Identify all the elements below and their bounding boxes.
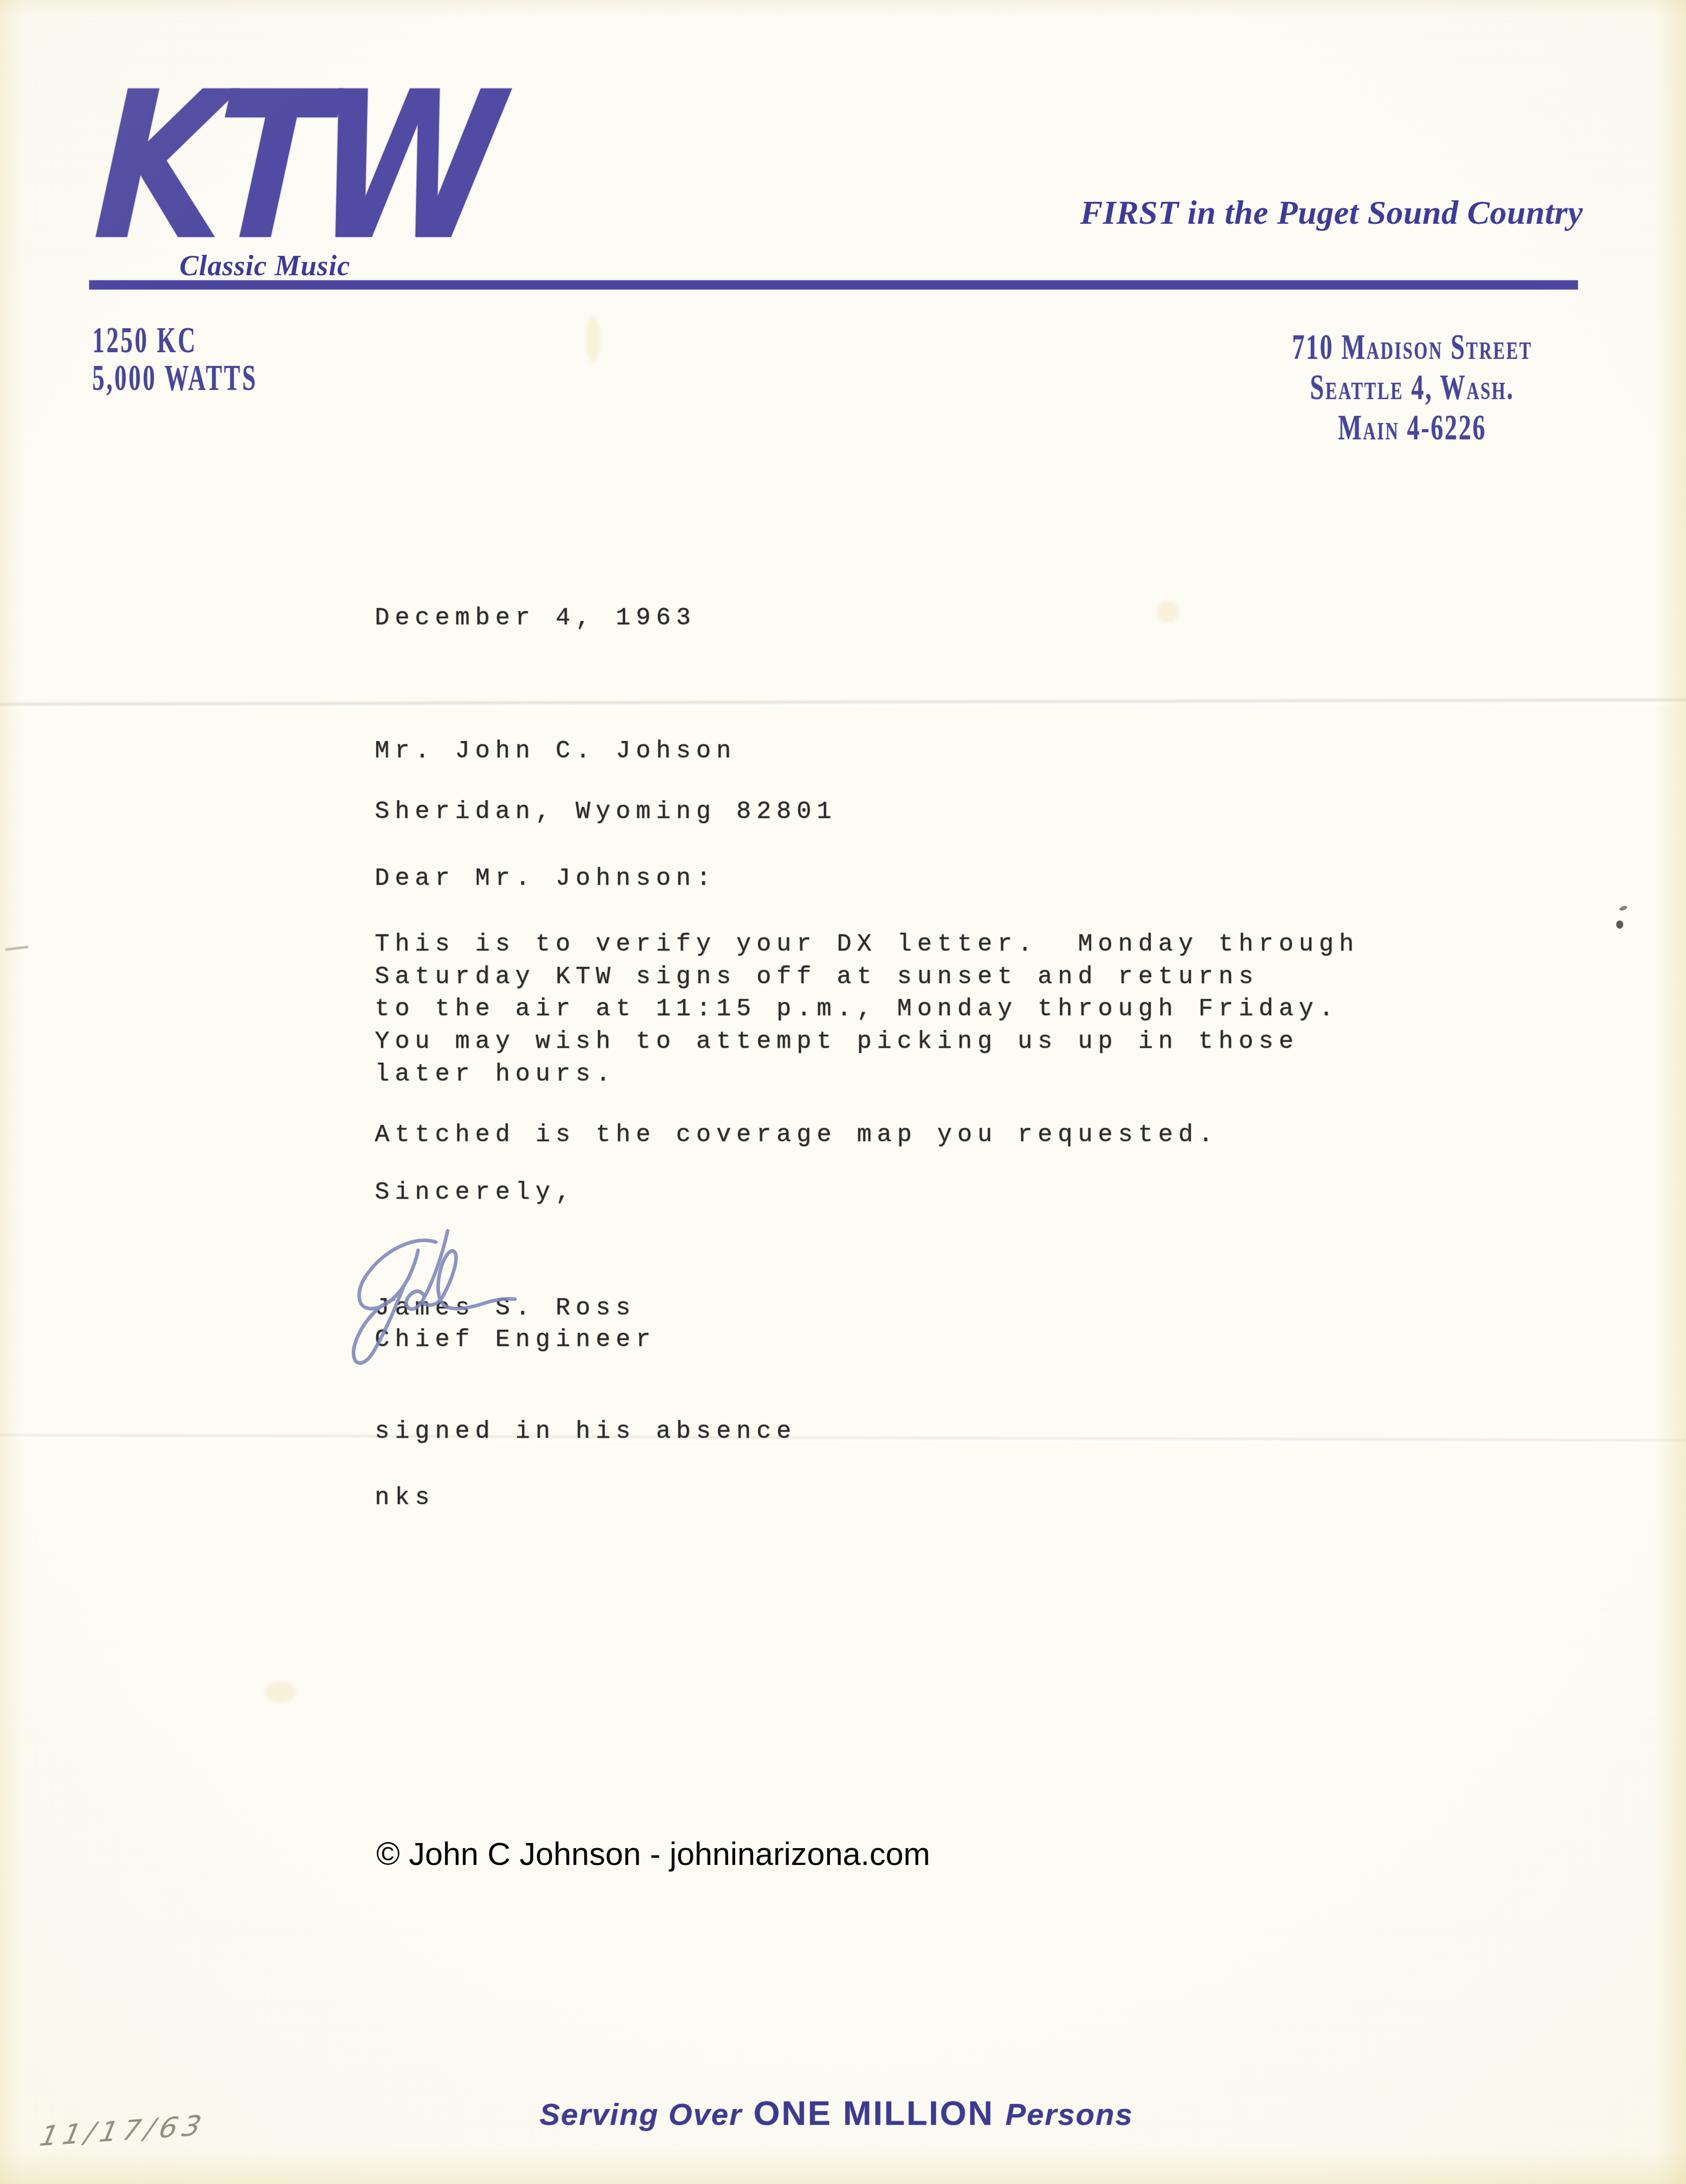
signature-ink <box>336 1221 520 1374</box>
ktw-logo: KTW <box>90 65 495 269</box>
header-rule <box>89 280 1578 290</box>
body-line: Attched is the coverage map you requeste… <box>375 1121 1218 1149</box>
paper-stain <box>265 1682 296 1702</box>
scanned-letter-page: KTW Classic Music FIRST in the Puget Sou… <box>0 0 1686 2184</box>
copyright-watermark: © John C Johnson - johninarizona.com <box>376 1836 930 1873</box>
slogan-text: FIRST in the Puget Sound Country <box>1080 194 1583 232</box>
address-block: 710 Madison Street Seattle 4, Wash. Main… <box>1287 327 1537 448</box>
paper-crease <box>0 697 1686 711</box>
body-line: You may wish to attempt picking us up in… <box>375 1028 1299 1056</box>
date-line: December 4, 1963 <box>375 604 696 632</box>
recipient-name: Mr. John C. Johson <box>375 738 736 765</box>
recipient-city: Sheridan, Wyoming 82801 <box>375 798 837 826</box>
ink-speck <box>1616 920 1623 929</box>
tagline-prefix: Serving Over <box>539 2097 742 2132</box>
frequency-line: 1250 KC <box>92 321 257 359</box>
address-street: 710 Madison Street <box>1287 327 1537 367</box>
body-line: later hours. <box>375 1061 616 1088</box>
address-phone: Main 4-6226 <box>1287 408 1537 448</box>
body-line: to the air at 11:15 p.m., Monday through… <box>375 995 1339 1023</box>
paper-crease <box>0 1433 1686 1446</box>
typist-initials-line: nks <box>375 1484 435 1512</box>
body-line: Saturday KTW signs off at sunset and ret… <box>375 963 1259 991</box>
tagline-suffix: Persons <box>1005 2097 1133 2132</box>
body-line: This is to verify your DX letter. Monday… <box>375 931 1359 958</box>
address-city: Seattle 4, Wash. <box>1287 367 1537 408</box>
ink-speck <box>1619 905 1628 912</box>
paper-stain <box>586 316 600 362</box>
logo-subtitle: Classic Music <box>179 250 350 282</box>
fold-mark <box>5 945 29 951</box>
footer-tagline: Serving Over ONE MILLION Persons <box>0 2094 1679 2133</box>
paper-stain <box>1157 601 1178 622</box>
absence-note-line: signed in his absence <box>375 1418 797 1445</box>
frequency-block: 1250 KC 5,000 WATTS <box>92 321 257 397</box>
tagline-highlight: ONE MILLION <box>754 2094 994 2133</box>
closing-line: Sincerely, <box>375 1179 576 1206</box>
salutation-line: Dear Mr. Johnson: <box>375 865 716 892</box>
power-line: 5,000 WATTS <box>92 359 257 397</box>
